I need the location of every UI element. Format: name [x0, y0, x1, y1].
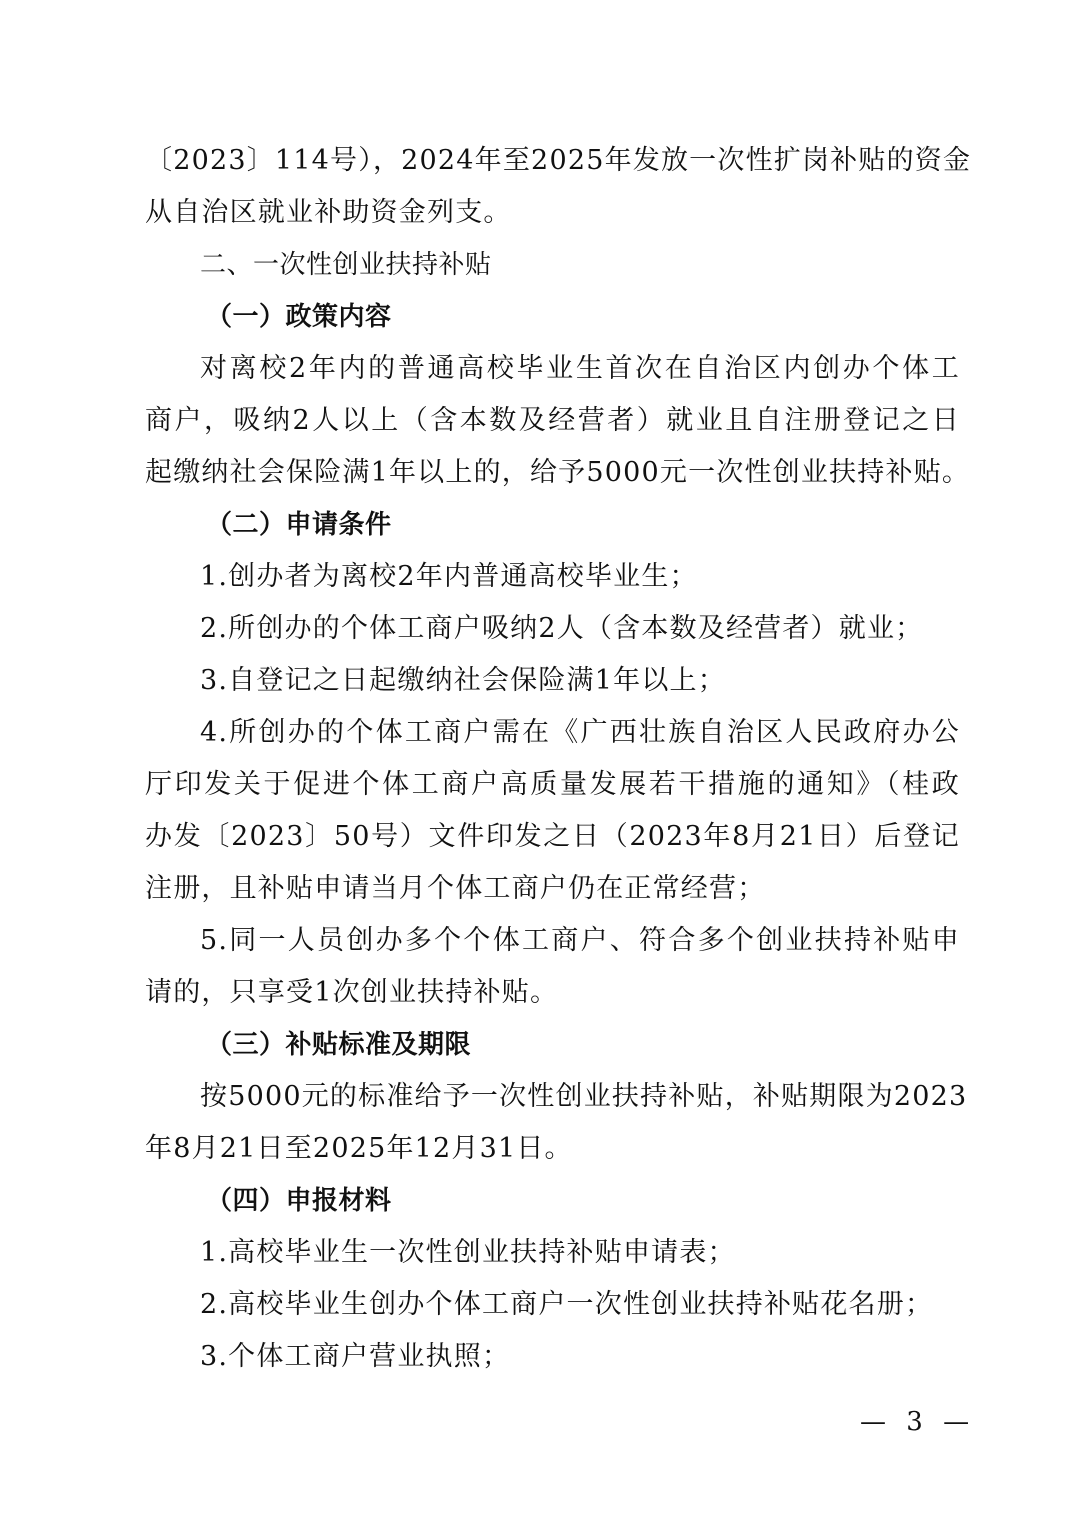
paragraph-line: 起缴纳社会保险满1年以上的，给予5000元一次性创业扶持补贴。 — [145, 453, 960, 493]
subsection-heading: （二）申请条件 — [206, 505, 1021, 545]
list-item: 3.个体工商户营业执照； — [200, 1337, 960, 1377]
paragraph-line: 对离校2年内的普通高校毕业生首次在自治区内创办个体工 — [200, 349, 960, 389]
paragraph-line: 从自治区就业补助资金列支。 — [145, 193, 960, 233]
section-heading: 二、一次性创业扶持补贴 — [200, 245, 1015, 285]
paragraph-line: 商户，吸纳2人以上（含本数及经营者）就业且自注册登记之日 — [145, 401, 960, 441]
list-item: 1.创办者为离校2年内普通高校毕业生； — [200, 557, 960, 597]
list-item: 2.所创办的个体工商户吸纳2人（含本数及经营者）就业； — [200, 609, 960, 649]
paragraph-line: 按5000元的标准给予一次性创业扶持补贴，补贴期限为2023 — [200, 1077, 960, 1117]
list-item: 5.同一人员创办多个个体工商户、符合多个创业扶持补贴申 — [200, 921, 960, 961]
list-item: 2.高校毕业生创办个体工商户一次性创业扶持补贴花名册； — [200, 1285, 960, 1325]
page-number: — 3 — — [860, 1404, 975, 1440]
list-item: 4.所创办的个体工商户需在《广西壮族自治区人民政府办公 — [200, 713, 960, 753]
paragraph-line: 办发〔2023〕50号）文件印发之日（2023年8月21日）后登记 — [145, 817, 960, 857]
subsection-heading: （一）政策内容 — [206, 297, 1021, 337]
paragraph-line: 年8月21日至2025年12月31日。 — [145, 1129, 960, 1169]
list-item: 1.高校毕业生一次性创业扶持补贴申请表； — [200, 1233, 960, 1273]
paragraph-line: 请的，只享受1次创业扶持补贴。 — [145, 973, 960, 1013]
paragraph-line: 〔2023〕114号），2024年至2025年发放一次性扩岗补贴的资金 — [145, 141, 960, 181]
subsection-heading: （三）补贴标准及期限 — [206, 1025, 1021, 1065]
paragraph-line: 厅印发关于促进个体工商户高质量发展若干措施的通知》（桂政 — [145, 765, 960, 805]
document-page: 〔2023〕114号），2024年至2025年发放一次性扩岗补贴的资金 从自治区… — [0, 0, 1074, 1520]
subsection-heading: （四）申报材料 — [206, 1181, 1021, 1221]
list-item: 3.自登记之日起缴纳社会保险满1年以上； — [200, 661, 960, 701]
paragraph-line: 注册，且补贴申请当月个体工商户仍在正常经营； — [145, 869, 960, 909]
